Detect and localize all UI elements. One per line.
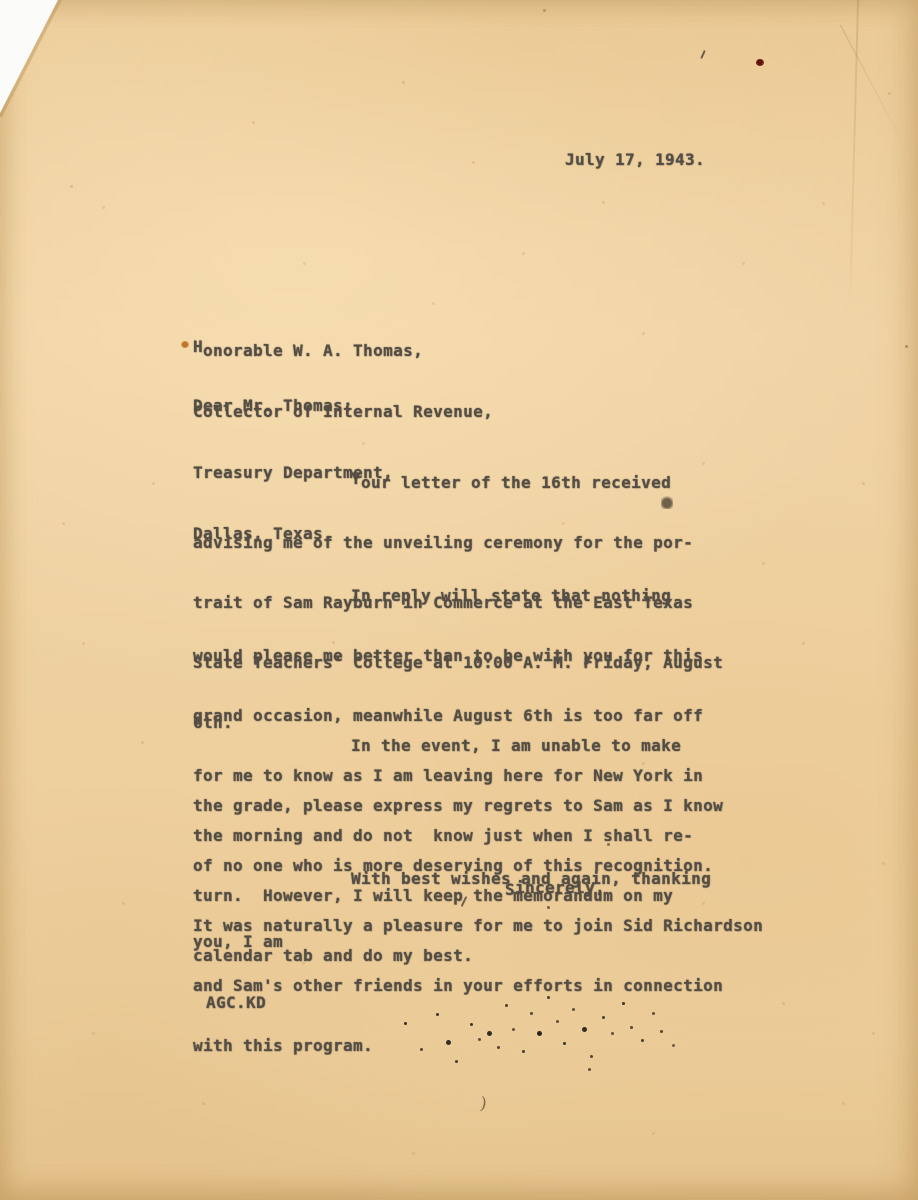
address-line-text: onorable W. A. Thomas, bbox=[203, 341, 423, 360]
stray-mark-top bbox=[700, 50, 705, 59]
address-line: Honorable W. A. Thomas, bbox=[193, 340, 493, 361]
paragraph-line: In reply will state that nothing bbox=[193, 586, 703, 606]
red-ink-stain bbox=[756, 59, 764, 66]
reference-initials: AGC.KD bbox=[206, 993, 266, 1013]
closing: With best wishes and again, thanking you… bbox=[193, 826, 711, 994]
scanned-letter-page: ) July 17, 1943. Honorable W. A. Thomas,… bbox=[0, 0, 918, 1200]
signoff: Sincerely, bbox=[505, 878, 605, 898]
paragraph-initial: Y bbox=[351, 469, 361, 488]
paragraph-line: with this program. bbox=[193, 1036, 763, 1056]
closing-line: With best wishes and again, thanking bbox=[193, 868, 711, 889]
ink-spatter bbox=[0, 0, 3, 3]
letter-date: July 17, 1943. bbox=[565, 150, 705, 170]
salutation: Dear Mr. Thomas: bbox=[193, 396, 353, 416]
paragraph-line-text: our letter of the 16th received bbox=[361, 473, 671, 492]
pen-bracket-mark: ) bbox=[479, 1094, 488, 1115]
paragraph-line: In the event, I am unable to make bbox=[193, 736, 763, 756]
address-initial: H bbox=[193, 337, 203, 356]
paragraph-line: Your letter of the 16th received bbox=[193, 473, 723, 493]
signoff-initial: S bbox=[505, 880, 515, 899]
closing-line: you, I am bbox=[193, 931, 711, 952]
paragraph-line: would please me better than to be with y… bbox=[193, 646, 703, 666]
signoff-text: incerely, bbox=[515, 878, 605, 897]
paper-scratch bbox=[840, 25, 897, 131]
paragraph-line: the grade, please express my regrets to … bbox=[193, 796, 763, 816]
paper-crease bbox=[849, 0, 859, 314]
orange-stain bbox=[181, 341, 189, 348]
